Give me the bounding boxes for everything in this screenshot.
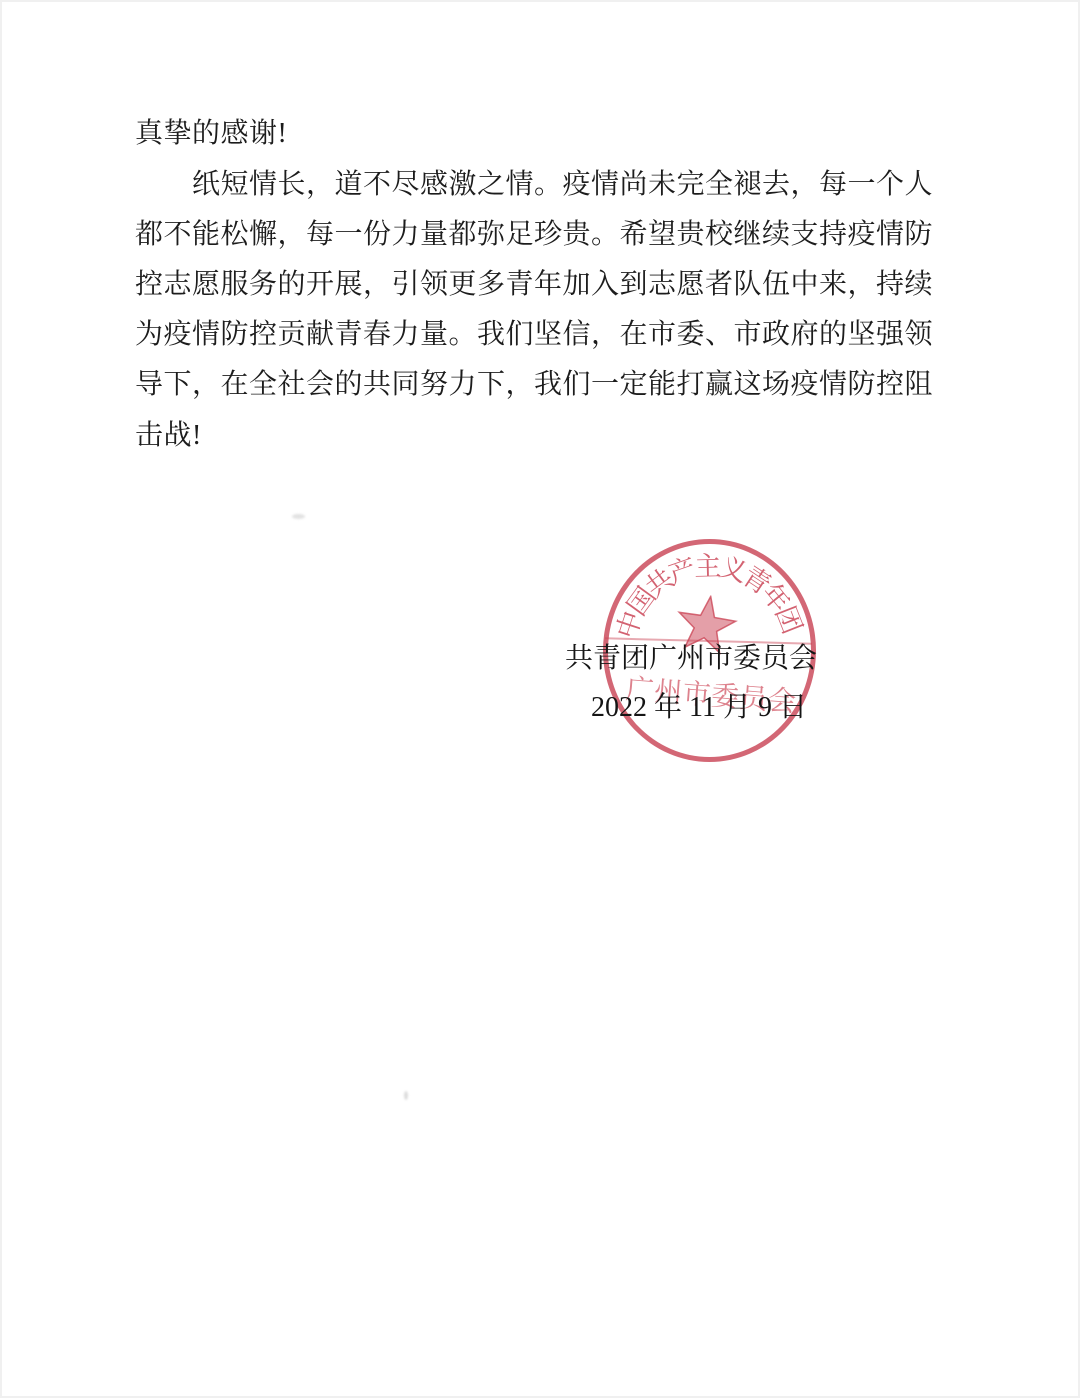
letter-paragraph-line: 击战! (135, 420, 950, 454)
letter-paragraph-line: 导下，在全社会的共同努力下，我们一定能打赢这场疫情防控阻 (135, 369, 950, 403)
letter-page: 真挚的感谢! 纸短情长，道不尽感激之情。疫情尚未完全褪去，每一个人 都不能松懈，… (0, 0, 1080, 1398)
signature-organization: 共青团广州市委员会 (565, 636, 817, 676)
letter-paragraph-line: 控志愿服务的开展，引领更多青年加入到志愿者队伍中来，持续 (135, 269, 950, 303)
scan-speck (404, 1091, 408, 1100)
signature-date: 2022 年 11 月 9 日 (591, 685, 807, 725)
scan-speck (292, 514, 305, 519)
letter-closing-line: 真挚的感谢! (135, 118, 950, 152)
letter-paragraph-line: 为疫情防控贡献青春力量。我们坚信，在市委、市政府的坚强领 (135, 319, 950, 353)
letter-paragraph-line: 都不能松懈，每一份力量都弥足珍贵。希望贵校继续支持疫情防 (135, 219, 950, 253)
letter-paragraph-line: 纸短情长，道不尽感激之情。疫情尚未完全褪去，每一个人 (192, 169, 1007, 203)
